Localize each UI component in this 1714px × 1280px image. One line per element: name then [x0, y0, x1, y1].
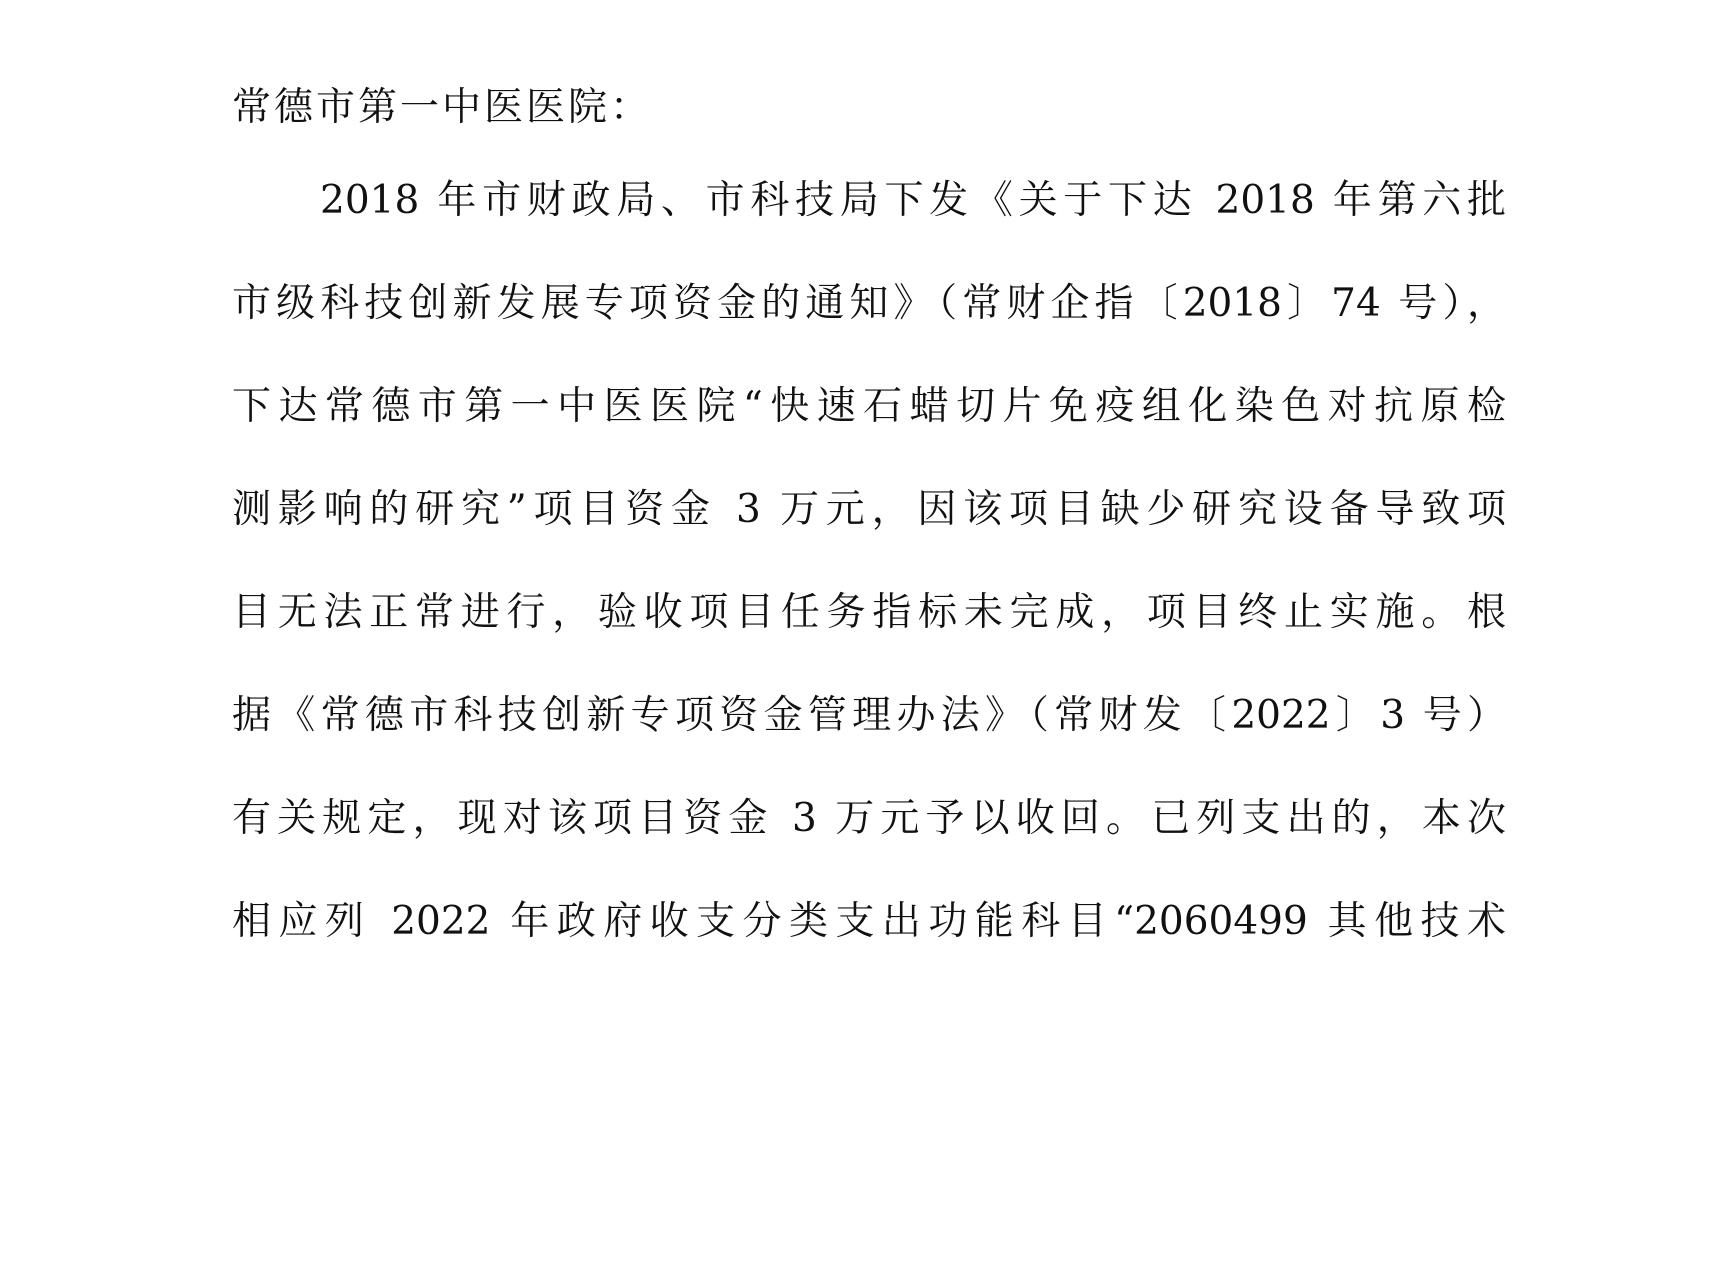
body-line-7: 有关规定，现对该项目资金 3 万元予以收回。已列支出的，本次 [232, 789, 1506, 849]
salutation: 常德市第一中医医院： [232, 78, 652, 138]
body-line-5: 目无法正常进行，验收项目任务指标未完成，项目终止实施。根 [232, 583, 1506, 643]
body-line-1: 2018 年市财政局、市科技局下发《关于下达 2018 年第六批 [320, 171, 1506, 231]
body-line-6: 据《常德市科技创新专项资金管理办法》（常财发〔2022〕3 号） [232, 686, 1506, 746]
body-line-2: 市级科技创新发展专项资金的通知》（常财企指〔2018〕74 号）， [232, 274, 1506, 334]
body-line-3: 下达常德市第一中医医院“快速石蜡切片免疫组化染色对抗原检 [232, 377, 1506, 437]
body-line-4: 测影响的研究”项目资金 3 万元，因该项目缺少研究设备导致项 [232, 480, 1506, 540]
body-line-8: 相应列 2022 年政府收支分类支出功能科目“2060499 其他技术 [232, 892, 1506, 952]
document-page: 常德市第一中医医院： 2018 年市财政局、市科技局下发《关于下达 2018 年… [0, 0, 1714, 1280]
